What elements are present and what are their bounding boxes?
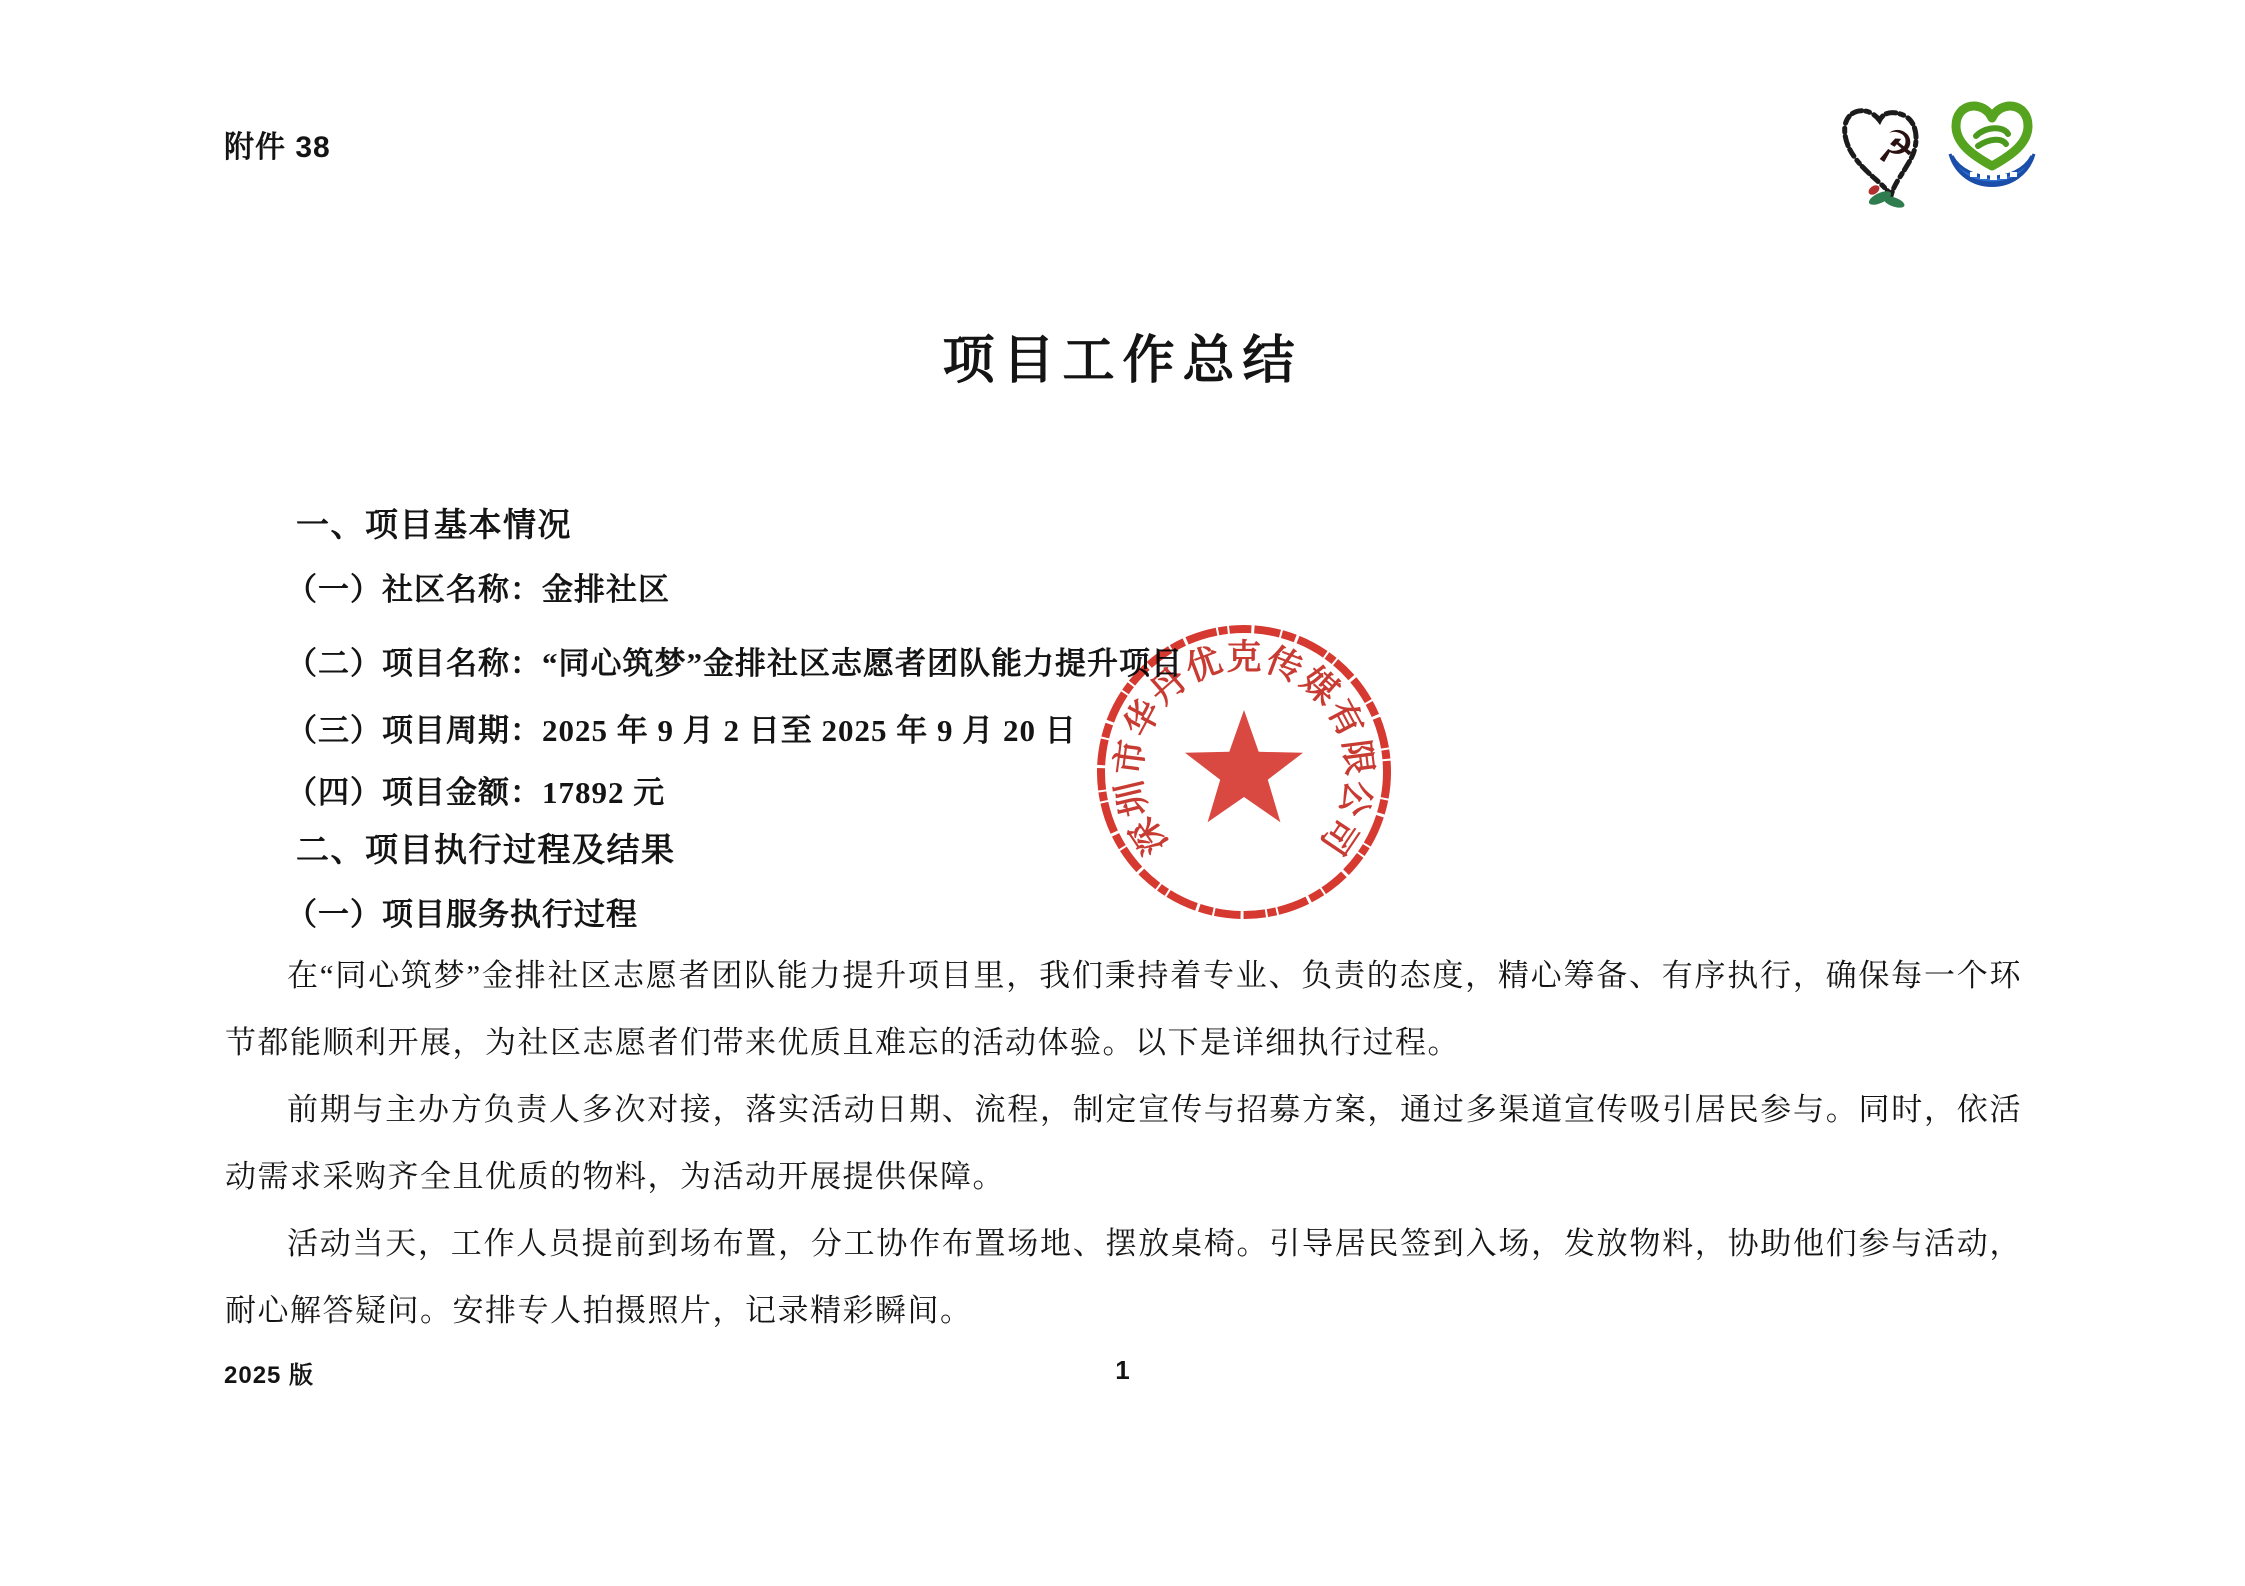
heading-section2: 二、项目执行过程及结果 xyxy=(296,824,676,871)
heading-project-amount: （四）项目金额：17892 元 xyxy=(286,767,665,812)
svg-text:圳: 圳 xyxy=(1110,777,1156,820)
svg-text:克: 克 xyxy=(1226,638,1261,677)
page-title: 项目工作总结 xyxy=(0,318,2245,393)
svg-text:市: 市 xyxy=(1109,738,1152,778)
document-page: { "attachment_label": "附件 38", "title": … xyxy=(0,0,2245,1586)
heading-service-process: （一）项目服务执行过程 xyxy=(286,889,638,934)
paragraph-3: 活动当天，工作人员提前到场布置，分工协作布置场地、摆放桌椅。引导居民签到入场，发… xyxy=(225,1210,2022,1344)
paragraph-1: 在“同心筑梦”金排社区志愿者团队能力提升项目里，我们秉持着专业、负责的态度，精心… xyxy=(225,942,2022,1076)
svg-text:限: 限 xyxy=(1336,738,1379,778)
body-text: 在“同心筑梦”金排社区志愿者团队能力提升项目里，我们秉持着专业、负责的态度，精心… xyxy=(225,942,2022,1344)
paragraph-2: 前期与主办方负责人多次对接，落实活动日期、流程，制定宣传与招募方案，通过多渠道宣… xyxy=(225,1076,2022,1210)
attachment-label: 附件 38 xyxy=(224,122,331,166)
hammer-sickle-glyph: ☭ xyxy=(1876,122,1915,173)
seal-star-icon xyxy=(1185,710,1303,822)
heading-project-period: （三）项目周期：2025 年 9 月 2 日至 2025 年 9 月 20 日 xyxy=(286,705,1077,750)
svg-text:公: 公 xyxy=(1332,777,1378,820)
footer-page-number: 1 xyxy=(0,1355,2245,1386)
party-heart-emblem-icon: ☭ xyxy=(1838,92,1930,210)
header-logos: ☭ xyxy=(1838,92,2048,212)
green-heart-bowl-emblem-icon xyxy=(1942,92,2042,204)
heading-community-name: （一）社区名称：金排社区 xyxy=(286,564,670,609)
heading-project-name: （二）项目名称：“同心筑梦”金排社区志愿者团队能力提升项目 xyxy=(286,638,1183,683)
company-seal-stamp: 深圳市华丹优克传媒有限公司 xyxy=(1086,614,1402,930)
heading-section1: 一、项目基本情况 xyxy=(296,499,572,546)
